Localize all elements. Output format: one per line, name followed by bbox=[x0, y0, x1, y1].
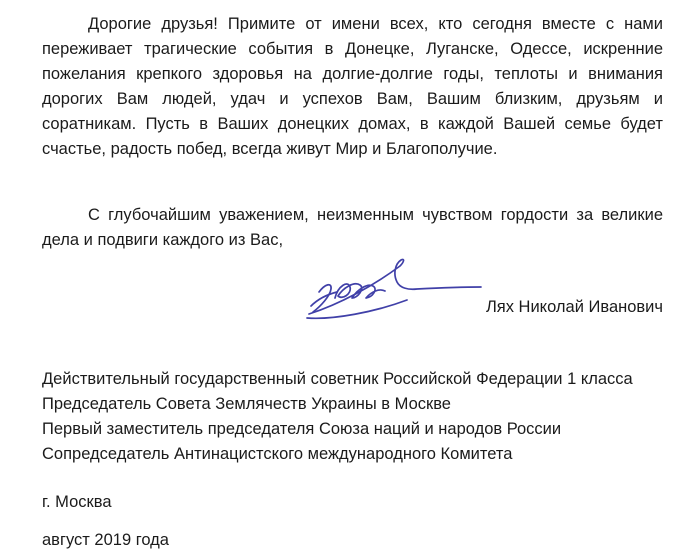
signature-block: Лях Николай Иванович bbox=[42, 253, 663, 325]
title-line: Первый заместитель председателя Союза на… bbox=[42, 417, 663, 442]
letter-page: Дорогие друзья! Примите от имени всех, к… bbox=[0, 0, 677, 558]
title-line: Действительный государственный советник … bbox=[42, 367, 663, 392]
signatory-titles: Действительный государственный советник … bbox=[42, 367, 663, 467]
opening-paragraph: Дорогие друзья! Примите от имени всех, к… bbox=[42, 12, 663, 162]
title-line: Сопредседатель Антинацистского междунаро… bbox=[42, 442, 663, 467]
closing-paragraph: С глубочайшим уважением, неизменным чувс… bbox=[42, 203, 663, 253]
signatory-name: Лях Николай Иванович bbox=[486, 295, 663, 320]
date-line: август 2019 года bbox=[42, 528, 663, 553]
title-line: Председатель Совета Землячеств Украины в… bbox=[42, 392, 663, 417]
city-line: г. Москва bbox=[42, 490, 663, 515]
handwritten-signature-icon bbox=[305, 256, 485, 331]
